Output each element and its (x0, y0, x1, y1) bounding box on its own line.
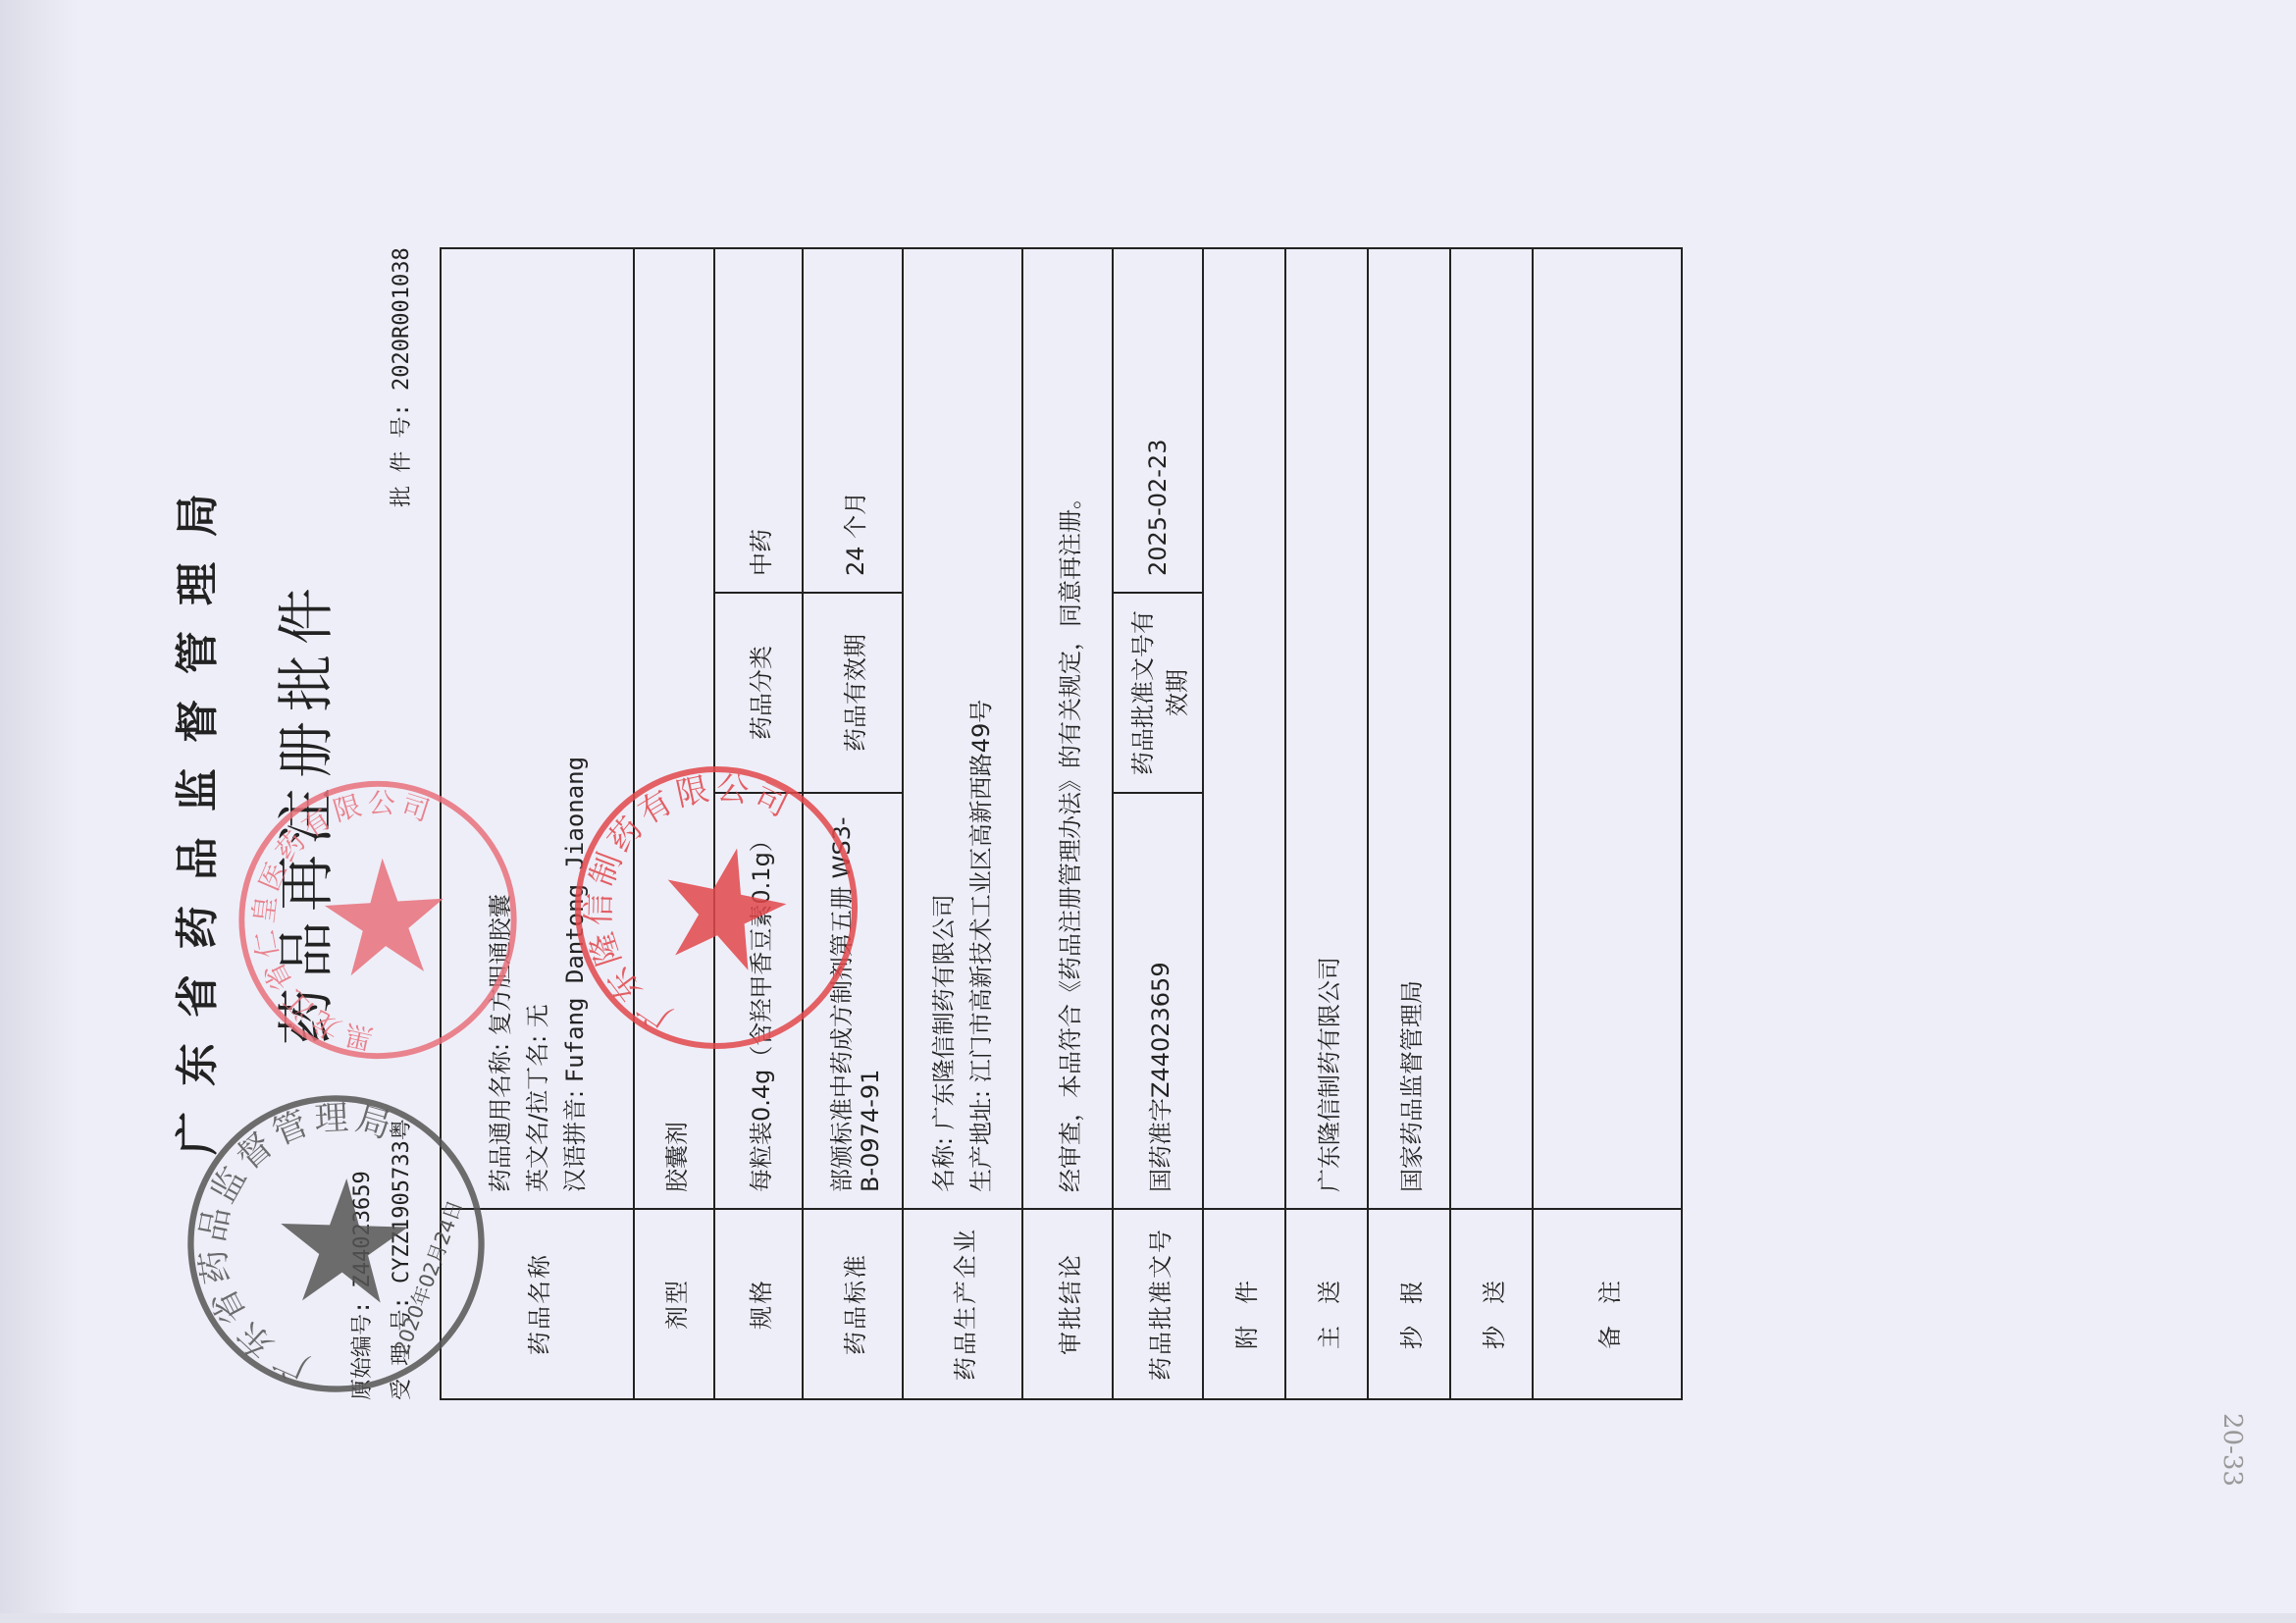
handwritten-note: 20-33 (2218, 1413, 2247, 1487)
approval-document-number: 批 件 号: 2020R001038 (385, 247, 415, 507)
row-cc: 抄送 (1450, 248, 1533, 1399)
attachment-value (1203, 248, 1285, 1209)
row-report-to: 抄报 国家药品监督管理局 (1368, 248, 1450, 1399)
cc-label: 抄送 (1450, 1209, 1533, 1399)
dosage-form-value: 胶囊剂 (634, 248, 714, 1209)
category-value: 中药 (714, 248, 803, 593)
remarks-label: 备注 (1533, 1209, 1682, 1399)
drug-name-value: 药品通用名称: 复方胆通胶囊 英文名/拉丁名: 无 汉语拼音: Fufang D… (441, 248, 634, 1209)
manufacturer-label: 药品生产企业 (903, 1209, 1022, 1399)
specification-label: 规格 (714, 1209, 803, 1399)
main-recipient-label: 主送 (1285, 1209, 1368, 1399)
main-recipient-value: 广东隆信制药有限公司 (1285, 248, 1368, 1209)
row-approval-number: 药品批准文号 国药准字Z44023659 药品批准文号有效期 2025-02-2… (1113, 248, 1203, 1399)
standard-label: 药品标准 (803, 1209, 903, 1399)
agency-seal-stamp: 广东省药品监督管理局 2020年02月24日 (182, 1089, 491, 1398)
approval-number-label: 药品批准文号 (1113, 1209, 1203, 1399)
attachment-label: 附件 (1203, 1209, 1285, 1399)
conclusion-label: 审批结论 (1022, 1209, 1113, 1399)
row-main-recipient: 主送 广东隆信制药有限公司 (1285, 248, 1368, 1399)
dosage-form-label: 剂型 (634, 1209, 714, 1399)
row-manufacturer: 药品生产企业 名称: 广东隆信制药有限公司 生产地址: 江门市高新技术工业区高新… (903, 248, 1022, 1399)
shelf-life-value: 24 个月 (803, 248, 903, 593)
cc-value (1450, 248, 1533, 1209)
report-to-label: 抄报 (1368, 1209, 1450, 1399)
approval-number-value: 国药准字Z44023659 (1113, 793, 1203, 1209)
manufacturer-value: 名称: 广东隆信制药有限公司 生产地址: 江门市高新技术工业区高新西路49号 (903, 248, 1022, 1209)
distributor-seal-stamp: 黑龙江省仁皇医药有限公司 (226, 775, 530, 1065)
company-seal-stamp: 广东隆信制药有限公司 (569, 760, 863, 1055)
manufacturer-address: 江门市高新技术工业区高新西路49号 (967, 700, 995, 1083)
manufacturer-name: 广东隆信制药有限公司 (930, 894, 958, 1129)
scan-edge (0, 0, 78, 1623)
approval-validity-label: 药品批准文号有效期 (1113, 593, 1203, 793)
remarks-value (1533, 248, 1682, 1209)
svg-text:2020年02月24日: 2020年02月24日 (390, 1197, 467, 1358)
approval-validity-value: 2025-02-23 (1113, 248, 1203, 593)
svg-text:广东隆信制药有限公司: 广东隆信制药有限公司 (569, 760, 801, 1038)
report-to-value: 国家药品监督管理局 (1368, 248, 1450, 1209)
scan-bottom-edge (0, 1613, 2296, 1623)
row-remarks: 备注 (1533, 248, 1682, 1399)
row-attachment: 附件 (1203, 248, 1285, 1399)
row-conclusion: 审批结论 经审查，本品符合《药品注册管理办法》的有关规定，同意再注册。 (1022, 248, 1113, 1399)
conclusion-value: 经审查，本品符合《药品注册管理办法》的有关规定，同意再注册。 (1022, 248, 1113, 1209)
